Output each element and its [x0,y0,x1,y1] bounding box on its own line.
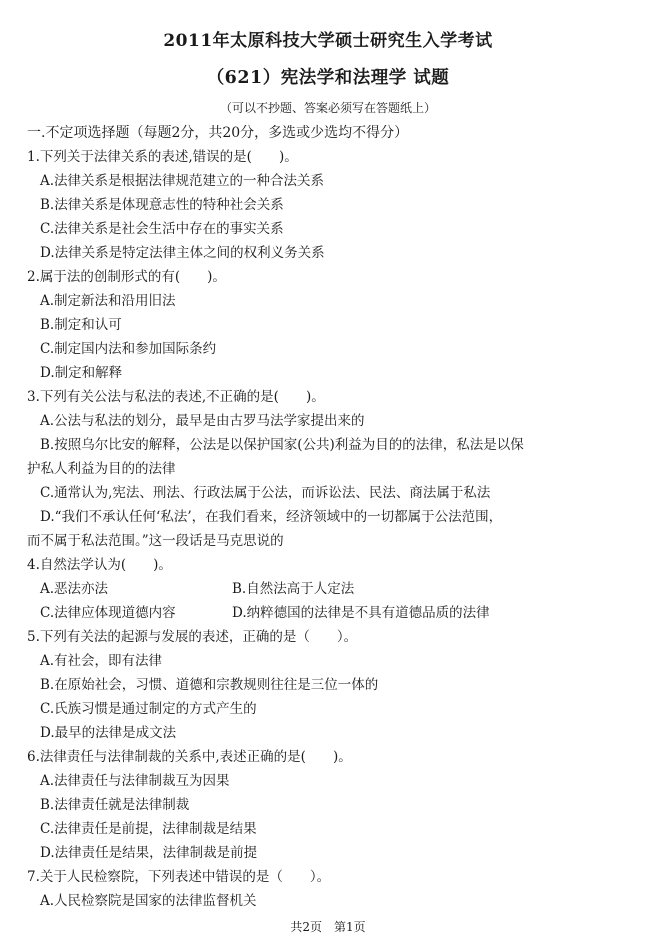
question-1-option-a: A.法律关系是根据法律规范建立的一种合法关系 [40,172,324,190]
question-5-option-c: C.氏族习惯是通过制定的方式产生的 [40,700,257,718]
question-2-option-c: C.制定国内法和参加国际条约 [40,340,216,358]
question-1-stem: 1.下列关于法律关系的表述,错误的是( )。 [27,148,298,166]
question-6-option-b: B.法律责任就是法律制裁 [40,796,189,814]
question-5-stem: 5.下列有关法的起源与发展的表述，正确的是（ ）。 [27,628,357,646]
section-heading: 一.不定项选择题（每题2分，共20分，多选或少选均不得分） [27,124,408,142]
question-2-option-b: B.制定和认可 [40,316,122,334]
exam-title: 2011年太原科技大学硕士研究生入学考试 [0,26,656,51]
question-1-option-b: B.法律关系是体现意志性的特种社会关系 [40,196,284,214]
question-7-stem: 7.关于人民检察院，下列表述中错误的是（ ）。 [27,868,330,886]
page-number: 共2页 第1页 [0,918,656,935]
question-4-option-c: C.法律应体现道德内容 [40,604,176,622]
question-3-option-b: B.按照乌尔比安的解释，公法是以保护国家(公共)利益为目的的法律，私法是以保 [40,436,524,454]
question-5-option-d: D.最早的法律是成文法 [40,724,176,742]
question-2-stem: 2.属于法的创制形式的有( )。 [27,268,226,286]
question-3-stem: 3.下列有关公法与私法的表述,不正确的是( )。 [27,388,325,406]
question-1-option-c: C.法律关系是社会生活中存在的事实关系 [40,220,284,238]
question-4-stem: 4.自然法学认为( )。 [27,556,172,574]
question-3-option-d: D.“我们不承认任何‘私法’，在我们看来，经济领域中的一切都属于公法范围， [40,508,502,526]
question-6-stem: 6.法律责任与法律制裁的关系中,表述正确的是( )。 [27,748,352,766]
exam-page: 2011年太原科技大学硕士研究生入学考试 （621）宪法学和法理学 试题 （可以… [0,0,656,949]
question-4-option-b: B.自然法高于人定法 [232,580,354,598]
exam-subtitle: （621）宪法学和法理学 试题 [0,64,656,89]
question-3-option-c: C.通常认为,宪法、刑法、行政法属于公法，而诉讼法、民法、商法属于私法 [40,484,490,502]
question-4-option-d: D.纳粹德国的法律是不具有道德品质的法律 [232,604,490,622]
question-6-option-a: A.法律责任与法律制裁互为因果 [40,772,230,790]
question-4-option-a: A.恶法亦法 [40,580,108,598]
question-6-option-c: C.法律责任是前提，法律制裁是结果 [40,820,257,838]
question-2-option-d: D.制定和解释 [40,364,122,382]
question-3-option-b-continued: 护私人利益为目的的法律 [27,460,176,478]
question-5-option-a: A.有社会，即有法律 [40,652,162,670]
question-6-option-d: D.法律责任是结果，法律制裁是前提 [40,844,257,862]
question-2-option-a: A.制定新法和沿用旧法 [40,292,176,310]
question-7-option-a: A.人民检察院是国家的法律监督机关 [40,892,257,910]
question-5-option-b: B.在原始社会，习惯、道德和宗教规则往往是三位一体的 [40,676,378,694]
question-3-option-a: A.公法与私法的划分，最早是由古罗马法学家提出来的 [40,412,365,430]
exam-note: （可以不抄题、答案必须写在答题纸上） [0,99,656,116]
question-3-option-d-continued: 而不属于私法范围。”这一段话是马克思说的 [27,532,284,550]
question-1-option-d: D.法律关系是特定法律主体之间的权利义务关系 [40,244,325,262]
